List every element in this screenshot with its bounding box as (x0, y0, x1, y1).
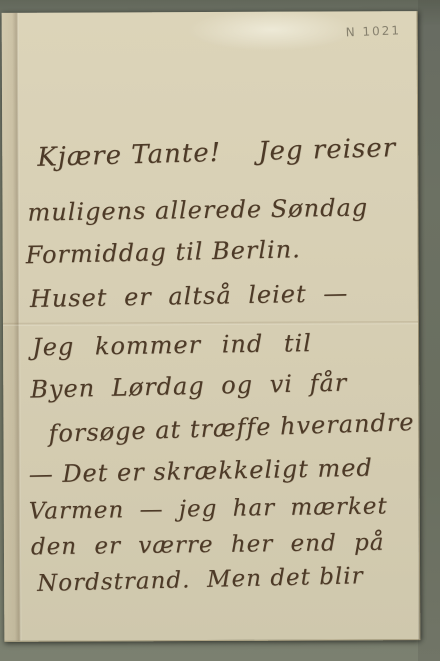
handwriting-line: Huset er altså leiet — (30, 281, 349, 311)
letter-page: N 1021 Kjære Tante! Jeg reiser muligens … (2, 11, 421, 642)
handwriting-line: Jeg kommer ind til (32, 331, 312, 359)
handwriting-line: Kjære Tante! Jeg reiser (37, 135, 396, 171)
handwriting-line: den er værre her end på (31, 532, 385, 560)
handwriting-line: — Det er skrækkeligt med (28, 456, 373, 487)
handwriting-line: Varmen — jeg har mærket (29, 495, 388, 523)
handwriting-line: Formiddag til Berlin. (25, 237, 301, 267)
catalog-number: N 1021 (345, 23, 401, 39)
horizontal-fold-crease (3, 321, 418, 326)
scan-background: N 1021 Kjære Tante! Jeg reiser muligens … (0, 0, 440, 661)
handwriting-line: muligens allerede Søndag (27, 196, 368, 225)
handwriting-line: Byen Lørdag og vi får (30, 371, 347, 402)
handwriting-line: forsøge at træffe hverandre (48, 410, 415, 446)
handwriting-line: Nordstrand. Men det blir (37, 565, 364, 596)
